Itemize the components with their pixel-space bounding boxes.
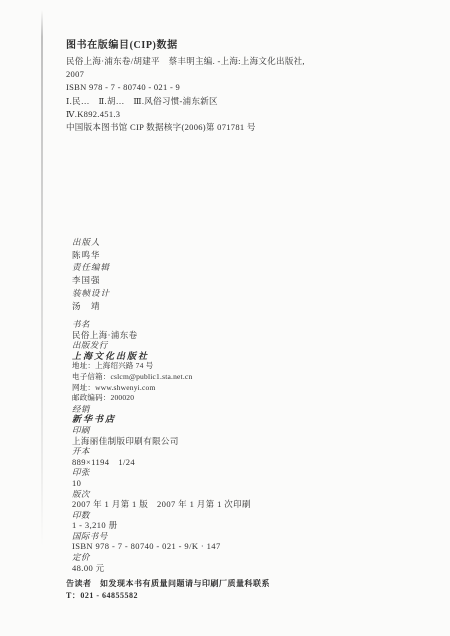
publisher-name-script: 上海文化出版社 (72, 351, 372, 362)
quality-notice-line: 告读者 如发现本书有质量问题请与印刷厂质量科联系 (66, 578, 406, 590)
price-label: 定价 (72, 552, 372, 563)
format-label: 开本 (72, 446, 372, 457)
printer-label: 印刷 (72, 425, 372, 436)
publisher-label: 出版发行 (72, 340, 372, 351)
isbn-label: 国际书号 (72, 531, 372, 542)
book-title-label: 书名 (72, 319, 372, 330)
book-colophon-page: 图书在版编目(CIP)数据 民俗上海·浦东卷/胡建平 蔡丰明主编. -上海:上海… (0, 0, 450, 636)
credits-block: 出版人 陈鸣华 责任编辑 李国强 装帧设计 汤 靖 (72, 236, 322, 312)
cip-block: 图书在版编目(CIP)数据 民俗上海·浦东卷/胡建平 蔡丰明主编. -上海:上海… (66, 36, 406, 134)
format-value: 889×1194 1/24 (72, 457, 372, 468)
print-run-value: 1 - 3,210 册 (72, 520, 372, 531)
cip-heading: 图书在版编目(CIP)数据 (66, 36, 406, 51)
editor-label: 责任编辑 (72, 261, 322, 274)
distributor-name-script: 新华书店 (72, 414, 372, 425)
designer-label: 装帧设计 (72, 287, 322, 300)
cip-title-line: 民俗上海·浦东卷/胡建平 蔡丰明主编. -上海:上海文化出版社, (66, 55, 406, 68)
cip-class-number-line: Ⅳ.K892.451.3 (66, 108, 406, 121)
cip-year-line: 2007 (66, 68, 406, 81)
publisher-address: 地址：上海绍兴路 74 号 (72, 361, 372, 372)
page-gutter-shadow (41, 10, 43, 547)
publisher-postcode: 邮政编码：200020 (72, 393, 372, 404)
publisher-email: 电子信箱：cslcm@public1.sta.net.cn (72, 372, 372, 383)
cip-record-number-line: 中国版本图书馆 CIP 数据核字(2006)第 071781 号 (66, 121, 406, 134)
quality-notice-block: 告读者 如发现本书有质量问题请与印刷厂质量科联系 T：021 - 6485558… (66, 578, 406, 601)
distributor-label: 经销 (72, 404, 372, 415)
sheets-value: 10 (72, 478, 372, 489)
designer-name: 汤 靖 (72, 300, 322, 313)
editor-name: 李国强 (72, 274, 322, 287)
publisher-person-name: 陈鸣华 (72, 249, 322, 262)
edition-label: 版次 (72, 489, 372, 500)
cip-classification-line: Ⅰ.民… Ⅱ.胡… Ⅲ.风俗习惯-浦东新区 (66, 95, 406, 108)
print-run-label: 印数 (72, 510, 372, 521)
publisher-website: 网址：www.shwenyi.com (72, 383, 372, 394)
publisher-person-label: 出版人 (72, 236, 322, 249)
quality-notice-phone: T：021 - 64855582 (66, 590, 406, 602)
publication-details-block: 书名 民俗上海·浦东卷 出版发行 上海文化出版社 地址：上海绍兴路 74 号 电… (72, 319, 372, 573)
edition-value: 2007 年 1 月第 1 版 2007 年 1 月第 1 次印刷 (72, 499, 372, 510)
cip-isbn-line: ISBN 978 - 7 - 80740 - 021 - 9 (66, 81, 406, 94)
printer-name: 上海丽佳制版印刷有限公司 (72, 436, 372, 447)
price-value: 48.00 元 (72, 563, 372, 574)
sheets-label: 印张 (72, 467, 372, 478)
isbn-value: ISBN 978 - 7 - 80740 - 021 - 9/K · 147 (72, 541, 372, 552)
book-title: 民俗上海·浦东卷 (72, 330, 372, 341)
